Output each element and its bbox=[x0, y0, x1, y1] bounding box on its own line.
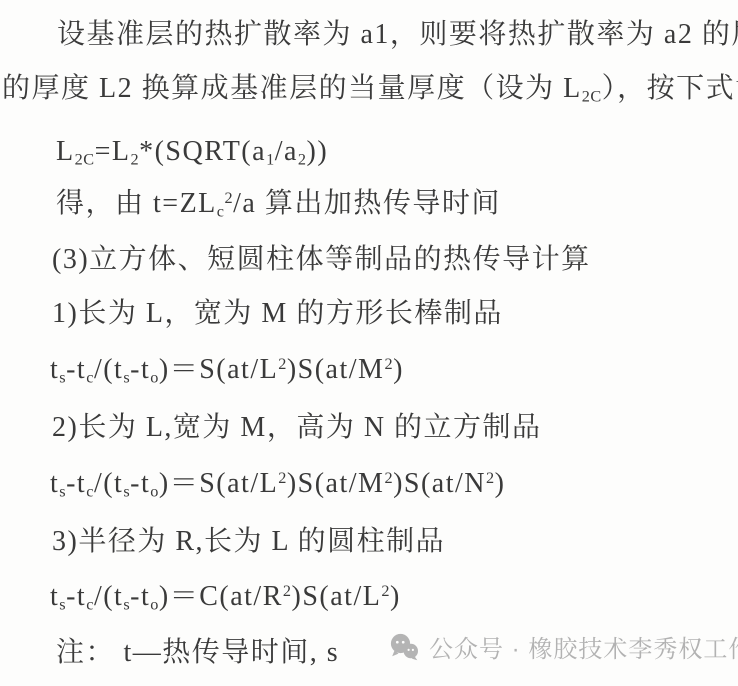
list-item: 3)半径为 R,长为 L 的圆柱制品 bbox=[52, 524, 445, 560]
formula-line: ts-tc/(ts-to)＝C(at/R2)S(at/L2) bbox=[50, 579, 401, 615]
paragraph-line: 得，由 t=ZLc2/a 算出加热传导时间 bbox=[56, 186, 501, 222]
watermark-text: 公众号 · 橡胶技术李秀权工作室 bbox=[429, 629, 738, 664]
formula-line: ts-tc/(ts-to)＝S(at/L2)S(at/M2)S(at/N2) bbox=[50, 466, 505, 502]
list-item: 1)长为 L，宽为 M 的方形长棒制品 bbox=[52, 296, 503, 332]
paragraph-line: 的厚度 L2 换算成基准层的当量厚度（设为 L2C），按下式计 bbox=[2, 71, 738, 107]
list-item: 2)长为 L,宽为 M，高为 N 的立方制品 bbox=[52, 410, 542, 446]
paragraph-line: 设基准层的热扩散率为 a1，则要将热扩散率为 a2 的层 bbox=[57, 17, 738, 53]
formula-line: ts-tc/(ts-to)＝S(at/L2)S(at/M2) bbox=[50, 352, 404, 388]
watermark: 公众号 · 橡胶技术李秀权工作室 bbox=[389, 629, 738, 664]
wechat-icon bbox=[389, 633, 420, 661]
section-heading: (3)立方体、短圆柱体等制品的热传导计算 bbox=[52, 242, 591, 278]
document-page: 设基准层的热扩散率为 a1，则要将热扩散率为 a2 的层 的厚度 L2 换算成基… bbox=[0, 0, 738, 686]
note-line: 注： t—热传导时间, s bbox=[56, 635, 339, 671]
formula-line: L2C=L2*(SQRT(a1/a2)) bbox=[56, 134, 328, 170]
